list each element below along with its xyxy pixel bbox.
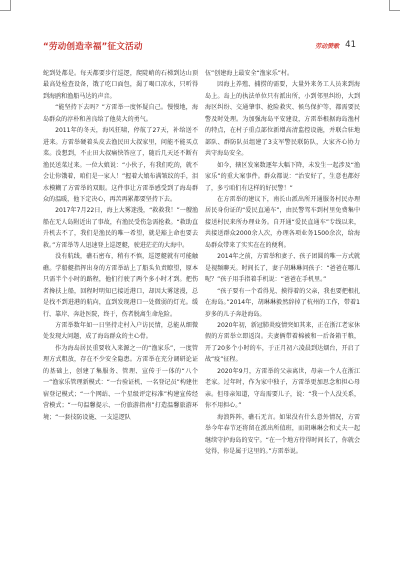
header-right: 劳动赞歌 41 <box>315 40 356 50</box>
article-column-right: 伍”创建海上最安全“渔家乐”村。 因海上养殖、捕捞的需要，大量外来务工人员来到海… <box>205 68 360 457</box>
paragraph: 如今，辖区发案数逐年大幅下降，未发生一起涉及“渔家乐”的重大案事件。群众都说：“… <box>205 160 360 194</box>
paragraph: 伍”创建海上最安全“渔家乐”村。 <box>205 68 360 79</box>
paragraph: 2011年的冬天，海风狂啸，停航了27天，补给送不进来。方雷举硬着头皮去渔民田大… <box>43 125 198 205</box>
paragraph: 2020年初，新冠肺炎疫情突如其来，正在浙江老家休假的方雷举立即返岗。夫妻俩带着… <box>205 320 360 366</box>
paragraph: 没有航线，礁石密布，稍有不慎，巡逻艇就有可能触礁。学船艇指挥出身的方雷举站上了船… <box>43 251 198 320</box>
page-header: “劳动创造幸福”征文活动 劳动赞歌 41 <box>43 40 356 54</box>
paragraph: “能坚持下去吗？”方雷举一度怀疑自己。慢慢地，海岛群众的淳朴和善良给了他莫大的勇… <box>43 102 198 125</box>
crop-mark-top-left <box>0 0 11 11</box>
paragraph: 2014年之前，方雷举和妻子、孩子团圆的唯一方式就是视频聊天。时间长了，妻子胡琳… <box>205 251 360 285</box>
paragraph: 作为海岛居民重要收入来源之一的“渔家乐”，一度管理方式粗放，存在不少安全隐患。方… <box>43 343 198 423</box>
paragraph: 蛇到处都是。每天都要步行巡逻，爬陡峭的石梯到达山顶最高处检查设备，饿了吃口面包，… <box>43 68 198 102</box>
article-column-left: 蛇到处都是。每天都要步行巡逻，爬陡峭的石梯到达山顶最高处检查设备，饿了吃口面包，… <box>43 68 198 423</box>
page-title: “劳动创造幸福”征文活动 <box>43 40 143 52</box>
paragraph: 方雷举数年如一日坚持走村入户访民情，总能从细微处发现大问题，成了海岛群众的主心骨… <box>43 320 198 343</box>
paragraph: 因海上养殖、捕捞的需要，大量外来务工人员来到海岛上。岛上的执法单位只有派出所，小… <box>205 79 360 159</box>
paragraph: “孩子要有一个看得见、摸得着的父亲，我也要把根扎在海岛。”2014年，胡琳琳毅然… <box>205 286 360 320</box>
page-number: 41 <box>345 40 356 50</box>
paragraph: 2017年7月22日，海上大雾迷漫，“救救我！”一艘渔船在无人岛附近出了事故，有… <box>43 205 198 251</box>
crop-mark-top-right <box>389 0 400 11</box>
paragraph: 2020年9月，方雷举的父亲离世，母亲一个人在浙江老家。过年时，作为家中独子，方… <box>205 366 360 412</box>
section-tag: 劳动赞歌 <box>315 41 339 50</box>
paragraph: 海浪阵阵，礁石无言。如果没有什么意外情况，方雷举今年春节还将留在派出所值班，而胡… <box>205 412 360 458</box>
paragraph: 在方雷举的建议下，南长山派出所开通服务村民办理居民身份证的“爱民直通车”，由民警… <box>205 194 360 251</box>
